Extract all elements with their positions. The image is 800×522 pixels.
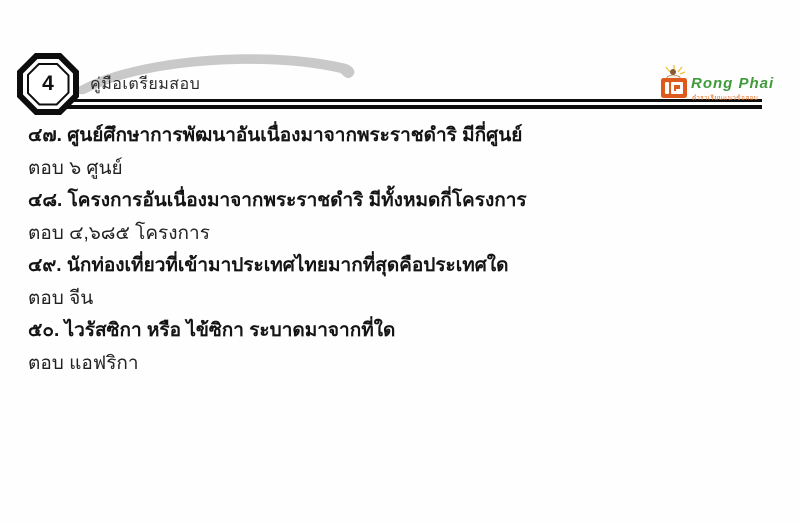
answer-49: ตอบ จีน [28,283,772,316]
octagon-ring: 4 [23,59,73,109]
answer-50: ตอบ แอฟริกา [28,348,772,381]
answer-47: ตอบ ๖ ศูนย์ [28,153,772,186]
question-50: ๕๐. ไวรัสซิกา หรือ ไข้ซิกา ระบาดมาจากที่… [28,315,772,348]
octagon-outer: 4 [17,53,79,115]
qa-content: ๔๗. ศูนย์ศึกษาการพัฒนาอันเนื่องมาจากพระร… [28,120,772,380]
answer-48: ตอบ ๔,๖๘๕ โครงการ [28,218,772,251]
logo-name: Rong Phai [691,75,774,92]
publisher-logo: Rong Phai ตำราเรียนแนวข้อสอบ [658,62,788,104]
octagon-inner-ring: 4 [27,63,70,106]
header-title: คู่มือเตรียมสอบ [90,72,200,97]
question-49: ๔๙. นักท่องเที่ยวที่เข้ามาประเทศไทยมากที… [28,250,772,283]
rongphai-logo-icon [658,64,690,100]
logo-tagline: ตำราเรียนแนวข้อสอบ [692,93,758,103]
page-number-badge: 4 [17,53,79,115]
question-47: ๔๗. ศูนย์ศึกษาการพัฒนาอันเนื่องมาจากพระร… [28,120,772,153]
octagon-center: 4 [29,65,68,104]
header-double-rule [30,99,762,109]
page-header: 4 คู่มือเตรียมสอบ Rong P [0,0,800,120]
page-number: 4 [42,72,54,96]
question-48: ๔๘. โครงการอันเนื่องมาจากพระราชดำริ มีทั… [28,185,772,218]
